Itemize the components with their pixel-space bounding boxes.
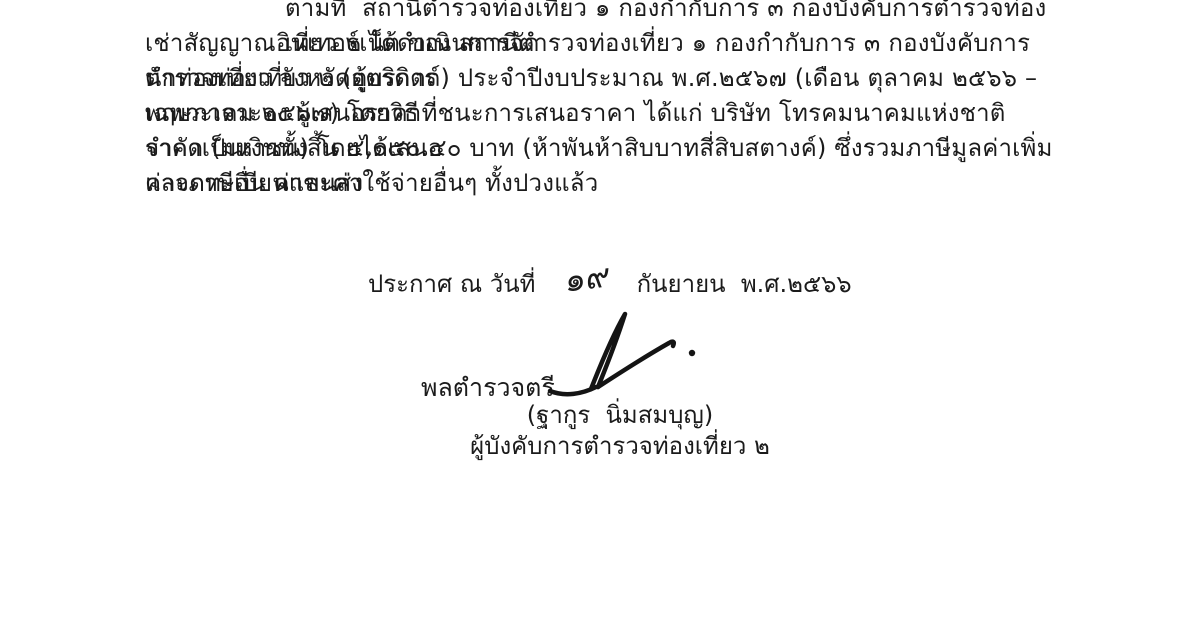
paragraph-line: ค่าจดทะเบียนและค่าใช้จ่ายอื่นๆ ทั้งปวงแล… (145, 166, 1070, 201)
signatory-block: (ฐากูร นิ่มสมบุญ) ผู้บังคับการตำรวจท่องเ… (445, 400, 795, 462)
date-prefix: ประกาศ ณ วันที่ (368, 264, 535, 303)
signatory-name: (ฐากูร นิ่มสมบุญ) (445, 400, 795, 431)
paragraph-line: ราคาเป็นเงินทั้งสิ้น ๕,๐๕๐.๔๐ บาท (ห้าพั… (145, 131, 1070, 166)
paragraph-line: ตามที่ สถานีตำรวจท่องเที่ยว ๑ กองกำกับกา… (145, 0, 1070, 26)
paragraph-line: เฉพาะเจาะจง ผู้เสนอราคาที่ชนะการเสนอราคา… (145, 96, 1070, 131)
scanned-document-page: ตามที่ สถานีตำรวจท่องเที่ยว ๑ กองกำกับกา… (0, 0, 1200, 630)
date-suffix: กันยายน พ.ศ.๒๕๖๖ (637, 264, 852, 303)
announcement-paragraph: ตามที่ สถานีตำรวจท่องเที่ยว ๑ กองกำกับกา… (145, 0, 1070, 201)
handwritten-signature-icon (545, 300, 715, 404)
handwritten-day-number: ๑๙ (565, 248, 611, 307)
signatory-title: ผู้บังคับการตำรวจท่องเที่ยว ๒ (445, 431, 795, 462)
paragraph-line: เช่าสัญญาณอินเทอร์เน็ต ของ สถานีตำรวจท่อ… (145, 26, 1070, 61)
paragraph-line: นักท่องเที่ยว จังหวัดอุตรดิตถ์) ประจำปีง… (145, 61, 1070, 96)
